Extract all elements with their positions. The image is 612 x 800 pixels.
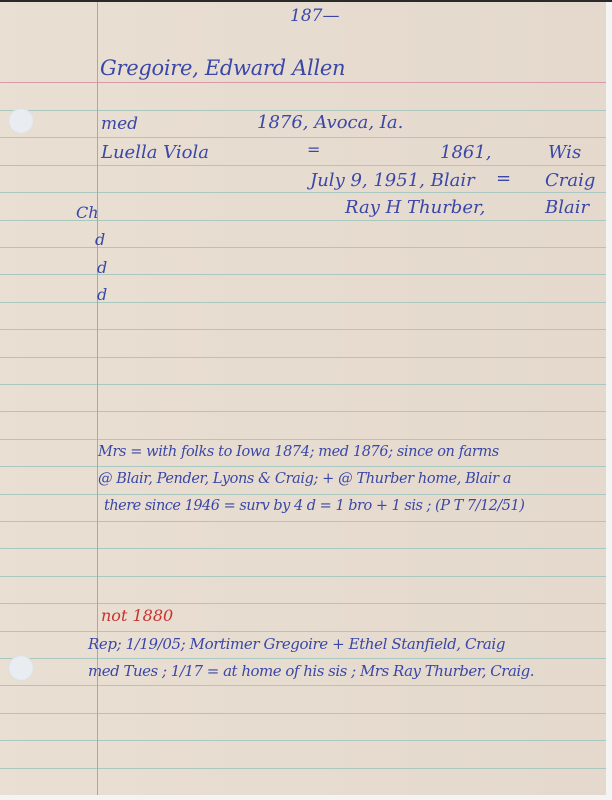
child-mark-2: d [97, 260, 107, 276]
reporter-line-1: Rep; 1/19/05; Mortimer Gregoire + Ethel … [88, 637, 505, 652]
ruled-line [0, 603, 606, 604]
children-label: Ch [76, 205, 99, 221]
ruled-line [0, 631, 606, 632]
ruled-line [0, 466, 606, 467]
spouse-name: Luella Viola [101, 144, 209, 162]
ruled-line [0, 411, 606, 412]
ruled-line [0, 439, 606, 440]
married-label: med [101, 116, 138, 133]
page-number: 187— [290, 8, 339, 25]
scan-edge [0, 0, 612, 2]
ruled-line [0, 740, 606, 741]
ruled-line [0, 548, 606, 549]
red-annotation: not 1880 [101, 608, 173, 624]
ruled-line [0, 713, 606, 714]
ruled-line [0, 165, 606, 166]
ruled-line [0, 658, 606, 659]
ruled-line [0, 494, 606, 495]
ruled-line [0, 302, 606, 303]
ruled-line [0, 192, 606, 193]
ruled-line [0, 521, 606, 522]
ruled-paper-sheet: 187— Gregoire, Edward Allen med 1876, Av… [0, 0, 606, 795]
death-info: July 9, 1951, Blair [310, 172, 475, 190]
ruled-line [0, 768, 606, 769]
spouse-ditto: = [307, 142, 320, 158]
obituary-line-3: there since 1946 = surv by 4 d = 1 bro +… [104, 499, 524, 514]
informant-place: Blair [545, 199, 589, 217]
spouse-place: Wis [548, 144, 581, 162]
death-ditto: = [496, 170, 511, 188]
married-info: 1876, Avoca, Ia. [257, 114, 403, 132]
obituary-line-1: Mrs = with folks to Iowa 1874; med 1876;… [98, 445, 499, 460]
obituary-line-2: @ Blair, Pender, Lyons & Craig; + @ Thur… [98, 472, 511, 487]
ruled-line [0, 384, 606, 385]
informant: Ray H Thurber, [345, 199, 485, 217]
child-mark-3: d [97, 287, 107, 303]
binder-hole-top [8, 108, 34, 134]
spouse-year: 1861, [440, 144, 492, 162]
ruled-line [0, 247, 606, 248]
ruled-line [0, 685, 606, 686]
child-mark-1: d [95, 232, 105, 248]
ruled-line [0, 110, 606, 111]
reporter-line-2: med Tues ; 1/17 = at home of his sis ; M… [88, 664, 534, 679]
header-red-line [0, 82, 606, 83]
ruled-line [0, 329, 606, 330]
binder-hole-bottom [8, 655, 34, 681]
ruled-line [0, 357, 606, 358]
death-place: Craig [545, 172, 595, 190]
ruled-line [0, 576, 606, 577]
ruled-line [0, 274, 606, 275]
record-name: Gregoire, Edward Allen [100, 58, 345, 79]
ruled-line [0, 137, 606, 138]
